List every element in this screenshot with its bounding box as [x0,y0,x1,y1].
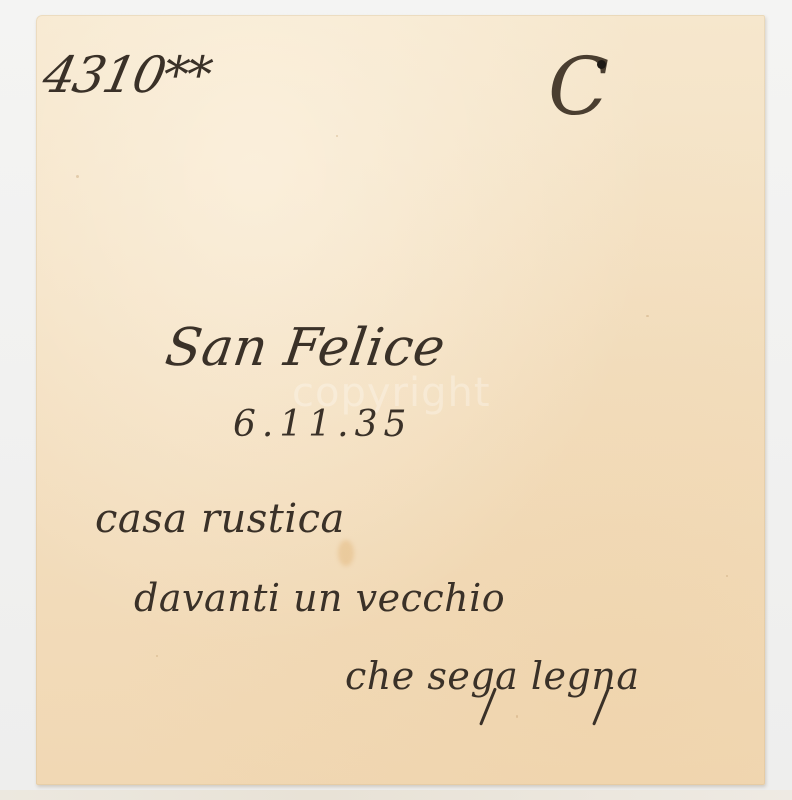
paper-speck [516,715,518,718]
paper-speck [646,315,649,317]
scan-background: 4310** C San Felice copyright 6.11.35 ca… [0,0,792,800]
description-line-1: casa rustica [95,496,345,542]
description-line-2: davanti un vecchio [134,576,505,620]
place-name: San Felice [162,318,449,378]
date: 6.11.35 [233,404,412,445]
classification-letter: C [548,40,610,133]
paper-speck [336,135,338,137]
paper-speck [726,575,728,577]
paper-speck [76,175,79,178]
underlying-paper-strip [0,790,792,800]
paper-speck [156,655,158,657]
reference-number: 4310** [38,46,216,104]
paper-stain [338,540,354,566]
